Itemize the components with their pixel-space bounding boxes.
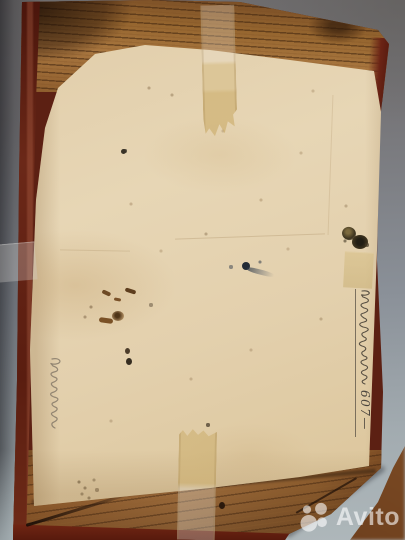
paper-crease — [60, 249, 130, 251]
avito-watermark-text: Avito — [336, 505, 400, 530]
dark-spot — [126, 358, 132, 365]
tape-left — [0, 241, 38, 282]
brown-stain — [99, 317, 114, 324]
brown-stain — [125, 287, 137, 294]
handwritten-inscription-right: 607— — [355, 289, 373, 437]
cursive-word — [358, 289, 374, 385]
wax-seal-stain — [352, 235, 368, 249]
tape-top — [200, 5, 237, 137]
dark-spot — [125, 348, 130, 354]
paper-crease — [328, 95, 334, 235]
brown-stain — [102, 289, 112, 296]
dark-spot — [121, 149, 126, 154]
inscription-number: 607— — [360, 390, 372, 431]
tape-right — [343, 251, 374, 288]
wood-knot — [219, 502, 225, 509]
ink-smear — [246, 266, 274, 278]
avito-logo-icon — [300, 502, 331, 533]
avito-watermark: Avito — [300, 502, 400, 533]
paper-crease — [175, 233, 325, 239]
photo-back-of-frame: 607— Avito — [0, 0, 405, 540]
brown-stain — [114, 297, 121, 301]
tape-bottom — [177, 427, 217, 540]
brown-stain — [112, 311, 124, 321]
handwritten-inscription-left — [46, 356, 64, 434]
cursive-word-pencil — [46, 356, 64, 432]
